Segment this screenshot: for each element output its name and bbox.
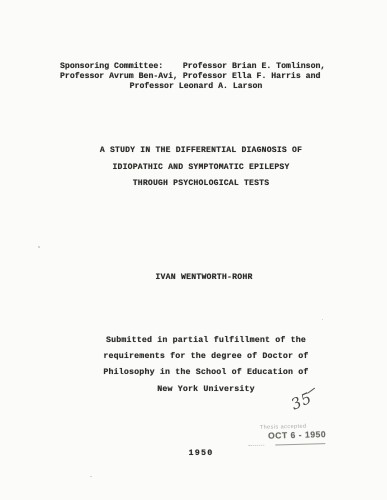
- stamp-underline: [275, 443, 325, 445]
- title-line: THROUGH PSYCHOLOGICAL TESTS: [15, 176, 387, 193]
- committee-line: Sponsoring Committee: Professor Brian E.…: [60, 62, 332, 72]
- committee-line: Professor Avrum Ben-Avi, Professor Ella …: [60, 72, 332, 82]
- paper-speck: [90, 476, 92, 477]
- library-acceptance-stamp: Thesis accepted OCT 6 - 1950: [248, 423, 339, 446]
- submission-line: Philosophy in the School of Education of: [25, 365, 387, 381]
- paper-speck: [38, 246, 40, 248]
- thesis-title-page: Sponsoring Committee: Professor Brian E.…: [0, 0, 387, 500]
- author-name: IVAN WENTWORTH-ROHR: [0, 271, 387, 285]
- committee-line: Professor Leonard A. Larson: [60, 82, 332, 92]
- submission-line: requirements for the degree of Doctor of: [25, 349, 387, 365]
- title-line: IDIOPATHIC AND SYMPTOMATIC EPILEPSY: [15, 160, 387, 177]
- paper-speck: [322, 319, 323, 320]
- year: 1950: [0, 446, 387, 460]
- title-line: A STUDY IN THE DIFFERENTIAL DIAGNOSIS OF: [15, 143, 387, 160]
- thesis-title: A STUDY IN THE DIFFERENTIAL DIAGNOSIS OF…: [0, 143, 387, 193]
- submission-line: New York University: [25, 382, 387, 398]
- submission-statement: Submitted in partial fulfillment of the …: [0, 333, 387, 398]
- stamp-date: OCT 6 - 1950: [268, 429, 338, 440]
- committee-block: Sponsoring Committee: Professor Brian E.…: [60, 62, 332, 91]
- submission-line: Submitted in partial fulfillment of the: [25, 333, 387, 349]
